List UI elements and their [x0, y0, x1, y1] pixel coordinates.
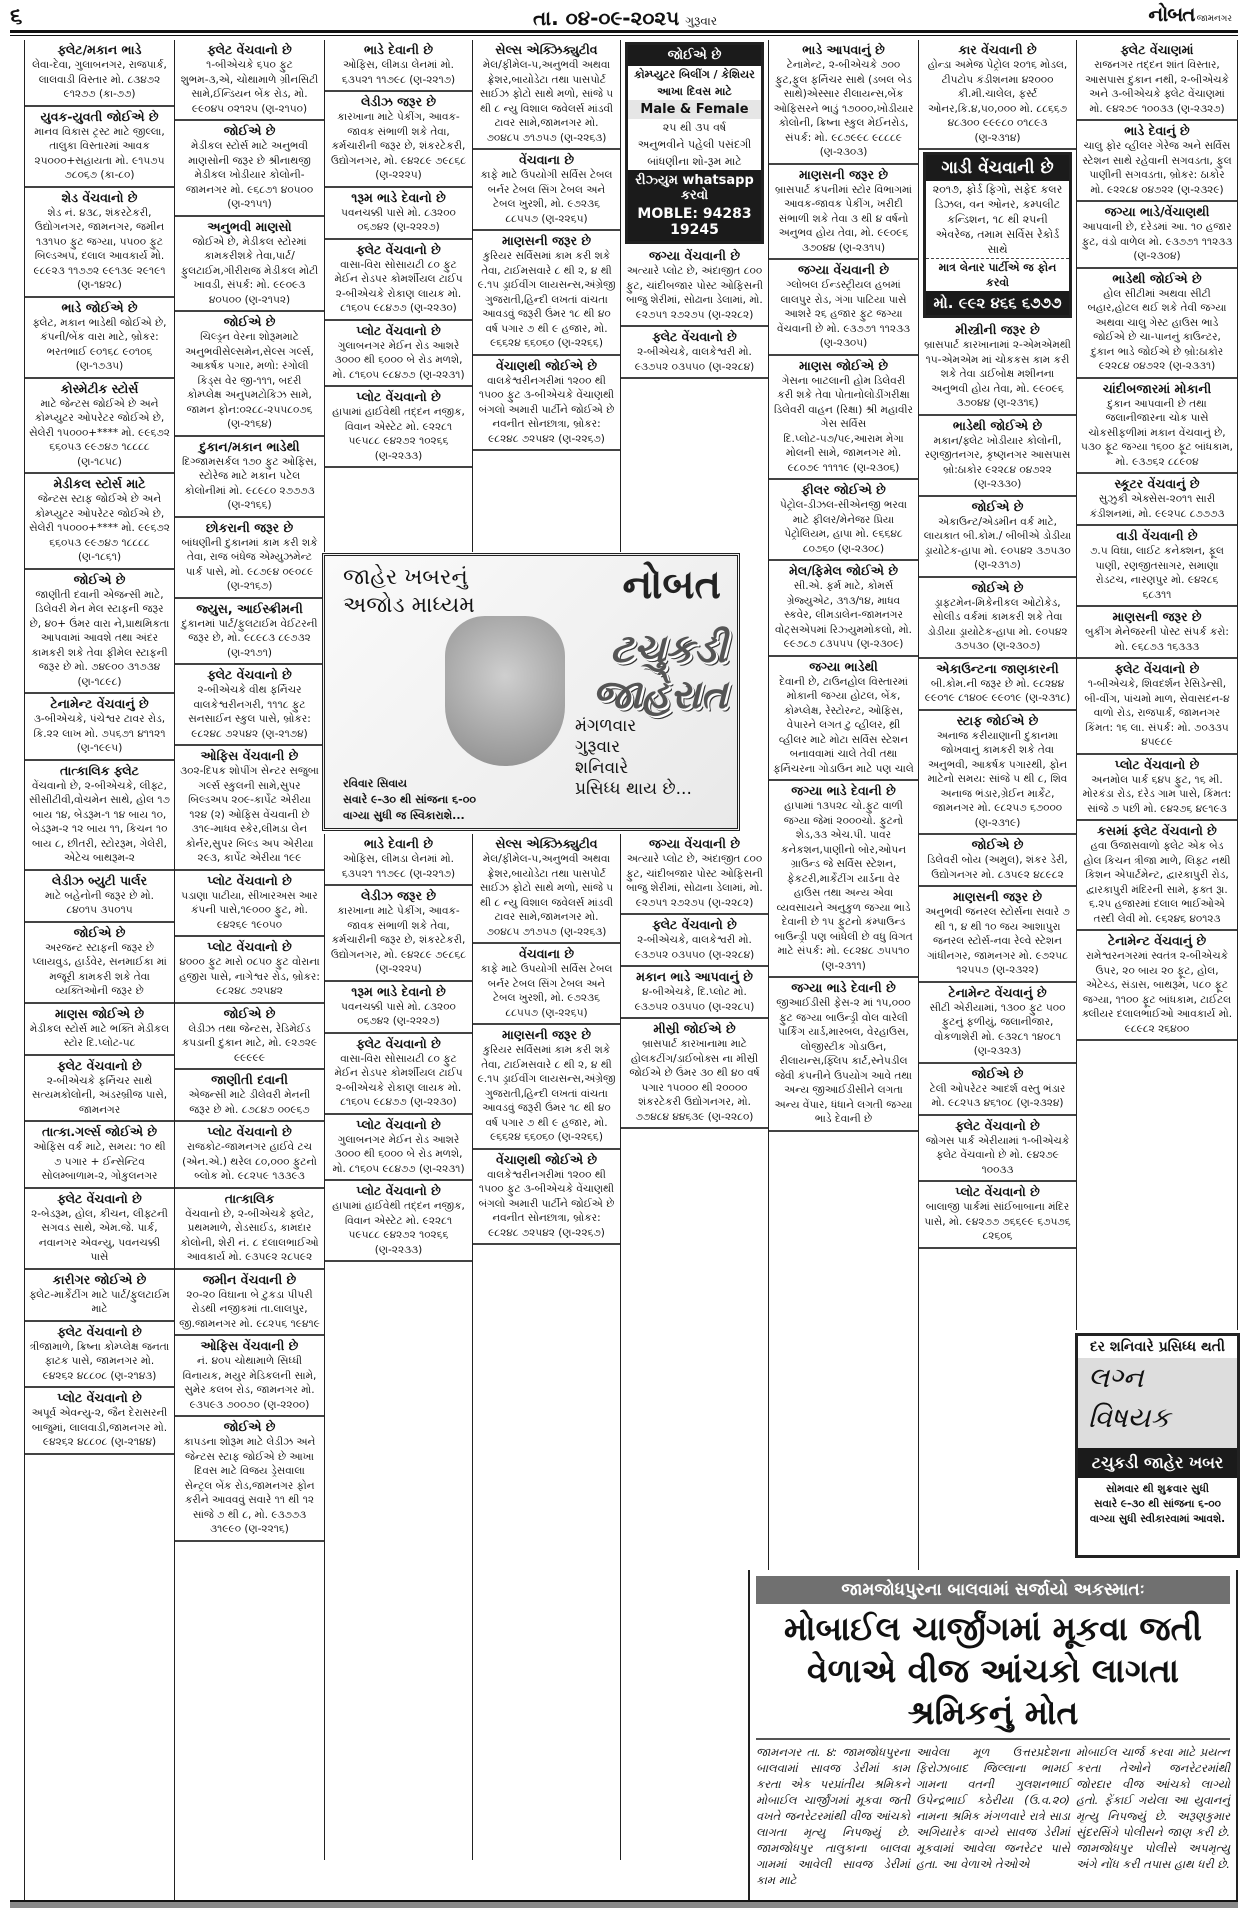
- classified-ad: માણસ જોઈએ છેગેસના બાટલાની હોમ ડિલેવરી કર…: [769, 356, 918, 481]
- ad-heading: ટેનામેન્ટ વેંચવાનું છે: [923, 985, 1072, 1001]
- thumbs-up-icon: [445, 616, 565, 766]
- promo-big-title: ટચુકડીજાહેરાત: [592, 626, 727, 718]
- ad-heading: ભાડે જોઈએ છે: [29, 300, 170, 316]
- news-article: જામજોધપુરના બાલવામાં સર્જાયો અકસ્માતઃ મો…: [748, 1570, 1238, 1902]
- promo-big1: ટચુકડી: [592, 626, 727, 672]
- ad-heading: શેડ વેંચવાનો છે: [29, 190, 170, 206]
- ad-body: ઓફિસ વર્ક માટે, સમય: ૧૦ થી ૭ પગાર + ઈન્સ…: [29, 1140, 170, 1184]
- promo-line2: અજોડ માધ્યમ: [343, 592, 475, 620]
- ad-body: ગુલાબનગર મેઈન રોડ આશરે ૩૦૦૦ થી ૬૦૦૦ બે ર…: [329, 339, 468, 383]
- ad-heading: જગ્યા વેંચવાની છે: [625, 836, 764, 852]
- ad-body: બાંધણીની દુકાનમાં કામ કરી શકે તેવા, રાજ …: [179, 536, 320, 594]
- classified-ad: જોઈએ છેએકાઉન્ટ/એડમીન વર્ક માટે, લાયકાત બ…: [919, 497, 1076, 578]
- ad-body: રામેશ્વરનગરમાં સ્વતંત્ર ૨-બીએચકે ઉપર, ૨૦…: [1081, 949, 1233, 1036]
- classified-ad: મીસ્ત્રીની જરૂર છેબ્રાસપાર્ટ કારખાનામાં …: [919, 320, 1076, 416]
- tachukdi-promo-ad: જાહેર ખબરનુંઅજોડ માધ્યમ નોબત ટચુકડીજાહેર…: [322, 553, 740, 831]
- ad-heading: જોઈએ છે: [179, 123, 320, 139]
- ad-body: બ્રાસપાર્ટ કારખાનામાં ૨-એમએમથી ૧૫-એમએમ મ…: [923, 338, 1072, 411]
- ad-body: હાપામાં હાઈવેથી તદ્દન નજીક, વિવાન એસ્ટેટ…: [329, 1199, 468, 1257]
- ad-heading: જોઈએ છે: [179, 1419, 320, 1435]
- ad-heading: મીસ્રી જોઈએ છે: [625, 1021, 764, 1037]
- classified-ad: ભાડે આપવાનું છેટેનામેન્ટ, ૨-બીએચકે ૭૦૦ ફ…: [769, 40, 918, 165]
- promo-day: મંગળવાર: [575, 716, 692, 737]
- ad-body: અનમોલ પાર્ક ૬૪૫ ફુટ, ૧૬ મી. મોરકંડા રોડ,…: [1081, 773, 1233, 817]
- classified-ad: જોઈએ છેઅરજન્ટ સ્ટાફની જરૂર છે પ્લાયવુડ, …: [25, 923, 174, 1004]
- classified-ad: પ્લોટ વેંચવાનો છેગુલાબનગર મેઈન રોડ આશરે …: [325, 321, 472, 388]
- ad-heading: ભાડે દેવાનું છે: [1081, 123, 1233, 139]
- classified-ad: મીસ્રી જોઈએ છેબ્રાસપાર્ટ કારખાનામા માટે …: [621, 1019, 768, 1129]
- classified-ad: ભાડેથી જોઈએ છેમકાન/ફ્લેટ ખોડીયાર કોલોની,…: [919, 416, 1076, 497]
- ad-body: ત્રીજામાળે, ક્રિષ્ના કોમ્પ્લેક્ષ જનતા ફા…: [29, 1340, 170, 1384]
- classified-ad: એકાઉન્ટના જાણકારનીબી.કોમ.ની જરૂર છે મો. …: [919, 659, 1076, 711]
- ad-body: ૨૦-૨૦ વિઘાના બે ટુકડા પીપરી રોડથી નજીકમા…: [179, 1288, 320, 1332]
- ad-heading: કસમાં ફ્લેટ વેંચવાનો છે: [1081, 823, 1233, 839]
- classified-ad: અનુભવી માણસોજોઈએ છે, મેડીકલ સ્ટોરમાં કામ…: [175, 217, 324, 313]
- classified-ad: ચાંદીબજારમાં મોકાનીદુકાન આપવાની છે તથા જ…: [1077, 379, 1237, 475]
- classified-ad: ફ્લેટ વેંચવાનો છે૨-બેડરૂમ, હોલ, કીચન, લી…: [25, 1189, 174, 1270]
- classified-ad: જોઈએ છેકાપડના શોરૂમ માટે લેડીઝ અને જેન્ટ…: [175, 1417, 324, 1542]
- ad-heading: ભાડેથી જોઈએ છે: [923, 418, 1072, 434]
- ad-heading: જોઈએ છે: [923, 1066, 1072, 1082]
- ad-heading: ફ્લેટ વેંચવાનો છે: [329, 1036, 468, 1052]
- ad-body: પેટ્રોલ-ડીઝલ-સીએનજી ભરવા માટે ફીલર/મેનેજ…: [773, 498, 914, 556]
- ad-heading: જોઈએ છે: [923, 499, 1072, 515]
- ad-heading: જોઈએ છે: [179, 314, 320, 330]
- classified-ad: માણસ જોઈએ છેમેડીકલ સ્ટોર્સ માટે ભક્તિ મે…: [25, 1004, 174, 1056]
- news-body-col3: મોબાઈલ ચાર્જ કરવા માટે પ્રયત્ન કરતા તેઓન…: [1076, 1744, 1230, 1888]
- classified-ad: ભાડે દેવાનું છેચાલુ ફોર વ્હીલર ગેરેજ અને…: [1077, 121, 1237, 202]
- classified-ad: ફ્લેટ વેંચવાનો છે૨-બીએચકે ફર્નિચર સાથે સ…: [25, 1056, 174, 1123]
- classified-ad: જગ્યા ભાડે/વેંચાણથીઆપવાની છે, દરેડમાં આ.…: [1077, 202, 1237, 269]
- news-kicker: જામજોધપુરના બાલવામાં સર્જાયો અકસ્માતઃ: [756, 1576, 1230, 1604]
- ad-body: અનુભવી જનરલ સ્ટોર્સના સવારે ૭ થી ૧, ૪ થી…: [923, 905, 1072, 978]
- boxed-ad-age: ૨૫ થી ૩૫ વર્ષ: [628, 119, 761, 136]
- ad-heading: તાત્કા.ગર્લ્સ જોઈએ છે: [29, 1124, 170, 1140]
- ad-heading: માણસની જરૂર છે: [477, 233, 616, 249]
- ad-heading: જગ્યા ભાડે દેવાની છે: [773, 783, 914, 799]
- classified-ad: ફ્લેટ વેંચવાનો છે૨-બીએચકે, વાલકેશ્વરી મો…: [621, 915, 768, 967]
- ad-heading: માણસની જરૂર છે: [773, 167, 914, 183]
- ad-body: ગુલાબનગર મેઈન રોડ આશરે ૩૦૦૦ થી ૬૦૦૦ બે ર…: [329, 1133, 468, 1177]
- classified-ad: તાત્કાલિકવેંચવાનો છે, ૨-બીએચકે ફ્લેટ, પ્…: [175, 1189, 324, 1270]
- ad-heading: જોઈએ છે: [29, 925, 170, 941]
- lagna-title1: લગ્ન: [1088, 1358, 1237, 1398]
- promo-note2: સવારે ૯-૩૦ થી સાંજના ૬-૦૦: [343, 792, 476, 808]
- classified-ad: ભાડે દેવાની છેઓફિસ, લીમડા લેનમાં મો. ૬૩૫…: [325, 40, 472, 92]
- classified-ad: પ્લોટ વેંચવાનો છેહાપામાં હાઈવેથી તદ્દન ન…: [325, 1181, 472, 1262]
- ad-heading: માણસની જરૂર છે: [477, 1027, 616, 1043]
- classified-ad: જોઈએ છેડ્રાફટમેન-મિકેનીકલ ઓટોકેડ, સોલીડ …: [919, 578, 1076, 659]
- classified-ad: ૧રૂમ ભાડે દેવાનો છેપવનચક્કી પાસે મો. ૮૩૨…: [325, 982, 472, 1034]
- ad-heading: તાત્કાલિક ફ્લેટ: [29, 763, 170, 779]
- ad-heading: અનુભવી માણસો: [179, 219, 320, 235]
- lagna-timing: સોમવાર થી શુક્રવાર સુધી સવારે ૯-૩૦ થી સા…: [1078, 1478, 1237, 1531]
- classified-ad: ઓફિસ વેંચવાની છે૩૦૨-દિપક શોપીંગ સેન્ટર સ…: [175, 746, 324, 871]
- car-ad-note: માત્ર લેનાર પાર્ટીએ જ ફોન કરવો: [926, 258, 1069, 291]
- ad-body: હાપામાં હાઈવેથી તદ્દન નજીક, વિવાન એસ્ટેટ…: [329, 405, 468, 463]
- ad-heading: માણસ જોઈએ છે: [29, 1006, 170, 1022]
- classified-ad: ભાડેથી જોઈએ છેહોલ સીટીમાં અથવા સીટી બહાર…: [1077, 269, 1237, 379]
- ad-body: હોલ સીટીમાં અથવા સીટી બહાર,હોટલ થઈ શકે ત…: [1081, 287, 1233, 374]
- ad-body: જોઈએ છે, મેડીકલ સ્ટોરમાં કામકરીશકે તેવા,…: [179, 235, 320, 308]
- ad-heading: માણસ જોઈએ છે: [773, 358, 914, 374]
- ad-body: અરજન્ટ સ્ટાફની જરૂર છે પ્લાયવુડ, હાર્ડવે…: [29, 941, 170, 999]
- ad-body: કુરિયર સર્વિસમાં કામ કરી શકે તેવા, ટાઈમસ…: [477, 249, 616, 351]
- classified-ad: જોઈએ છેમેડીકલ સ્ટોર્સ માટે અનુભવી માણસોન…: [175, 121, 324, 217]
- header-rule-thin: [10, 35, 1238, 36]
- promo-note1: રવિવાર સિવાય: [343, 776, 476, 792]
- ad-body: મેલ/ફીમેલ-૫,અનુભવી અથવા ફ્રેશર,બાયોડેટા …: [477, 58, 616, 145]
- ad-body: અનાજ કરીયાણાની દુકાનમા જોખવાનું કામકરી શ…: [923, 729, 1072, 831]
- classified-column-6: ભાડે આપવાનું છેટેનામેન્ટ, ૨-બીએચકે ૭૦૦ ફ…: [768, 40, 918, 1570]
- car-sale-ad: ગાડી વેંચવાની છે ૨૦૧૭, ફોર્ડ ફિગો, સફેદ …: [923, 152, 1072, 318]
- ad-heading: ફ્લેટ વેંચવાનો છે: [1081, 661, 1233, 677]
- classified-ad: માણસની જરૂર છેઅનુભવી જનરલ સ્ટોર્સના સવાર…: [919, 887, 1076, 983]
- classified-ad: પ્લોટ વેંચવાનો છેબાલાજી પાર્કમાં સાંઈબાબ…: [919, 1182, 1076, 1249]
- ad-body: વાસા-વિરા સોસાયટી ૮૦ ફુટ મેઈન રોડપર કોમર…: [329, 258, 468, 316]
- ad-body: માનવ વિકાસ ટ્રસ્ટ માટે જીલ્લા, તાલુકા વિ…: [29, 125, 170, 183]
- ad-heading: ફ્લેટ વેંચવાનો છે: [923, 1118, 1072, 1134]
- ad-body: મેલ/ફીમેલ-૫,અનુભવી અથવા ફ્રેશર,બાયોડેટા …: [477, 852, 616, 939]
- boxed-ad-cta: રીઝ્યુમ whatsapp કરવો: [628, 170, 761, 206]
- ad-body: બી.કોમ.ની જરૂર છે મો. ૯૮૨૪૪ ૯૯૦૧૯ ૮૧૪૦૯ …: [923, 677, 1072, 706]
- ad-body: પવનચક્કી પાસે મો. ૮૩૨૦૦ ૦૬૭૪૨ (ણ-૨૨૨૭): [329, 206, 468, 235]
- ad-heading: વાડી વેંચવાની છે: [1081, 528, 1233, 544]
- boxed-ad-shift: આખા દિવસ માટે: [628, 83, 761, 100]
- column-5-ads: જગ્યા વેંચવાની છેઅત્યારે પ્લોટ છે, અંદાજ…: [621, 246, 768, 379]
- ad-heading: ફ્લેટ વેંચવાનો છે: [625, 329, 764, 345]
- classified-ad: લેડીઝ જરૂર છેકારખાના માટે પેકીંગ, આવક-જા…: [325, 886, 472, 982]
- ad-body: ૨-બીએચકે, વાલકેશ્વરી મો. ૯૩૭૫૨ ૦૩૫૫૦ (ણ-…: [625, 345, 764, 374]
- ad-heading: ભાડે દેવાની છે: [329, 836, 468, 852]
- classified-ad: ફ્લેટ વેંચાણમાંરાજનગર તદ્દન શાંત વિસ્તાર…: [1077, 40, 1237, 121]
- classified-column-1: ફ્લેટ/મકાન ભાડેલેવા-દેવા, ગુલાબનગર, રાજપ…: [24, 40, 174, 1900]
- ad-heading: ફ્લેટ વેંચવાનો છે: [29, 1191, 170, 1207]
- ad-heading: પ્લોટ વેંચવાનો છે: [179, 939, 320, 955]
- ad-body: બ્રાસપાર્ટ કંપનીમાં સ્ટોર વિભાગમાં આવક-જ…: [773, 183, 914, 256]
- ad-heading: જમીન વેંચવાની છે: [179, 1272, 320, 1288]
- promo-brand-logo: નોબત: [623, 562, 721, 608]
- ad-heading: ફ્લેટ વેંચવાનો છે: [179, 667, 320, 683]
- classified-ad: ફ્લેટ વેંચવાનો છે૧-બીએચકે ૬૫૦ ફુટ શુભમ-૩…: [175, 40, 324, 121]
- news-body-col2: આવેલા મૂળ ઉત્તરપ્રદેશના ફિરોઝાબાદ જિલ્લા…: [916, 1744, 1070, 1888]
- boxed-ad-gender: Male & Female: [628, 100, 761, 119]
- ad-heading: જગ્યા ભાડેથી: [773, 659, 914, 675]
- ad-body: શેડ નં. ૪૩૮, શંકરટેકરી, ઉદ્યોગનગર, જામનગ…: [29, 206, 170, 293]
- classified-ad: વાડી વેંચવાની છે૭.૫ વિઘા, લાઈટ કનેક્શન, …: [1077, 526, 1237, 607]
- promo-tagline: જાહેર ખબરનુંઅજોડ માધ્યમ: [343, 564, 475, 620]
- ad-body: હવા ઉજાસવાળો ફ્લેટ એક બેડ હોલ કિચન ત્રીજ…: [1081, 839, 1233, 926]
- classified-ad: ફ્લેટ/મકાન ભાડેલેવા-દેવા, ગુલાબનગર, રાજપ…: [25, 40, 174, 107]
- ad-heading: કારીગર જોઈએ છે: [29, 1272, 170, 1288]
- classified-ad: ટેનામેન્ટ વેંચવાનું છેસીટી એરીયામાં, ૧૩૦…: [919, 983, 1076, 1064]
- ad-heading: જોઈએ છે: [29, 572, 170, 588]
- classified-ad: ફ્લેટ વેંચવાનો છે૨-બીએચકે વીથ ફર્નિચર વા…: [175, 665, 324, 746]
- ad-heading: છોકરાની જરૂર છે: [179, 520, 320, 536]
- ad-heading: તાત્કાલિક: [179, 1191, 320, 1207]
- boxed-ad-pref: અનુભવીને પહેલી પસંદગી: [628, 136, 761, 153]
- ad-body: આપવાની છે, દરેડમાં આ. ૧૦ હજાર ફુટ, વંડો …: [1081, 220, 1233, 264]
- lagna-bar: ટચુકડી જાહેર ખબર: [1078, 1448, 1237, 1478]
- ad-body: ડ્રાફટમેન-મિકેનીકલ ઓટોકેડ, સોલીડ વર્કમાં…: [923, 596, 1072, 654]
- ad-body: ચાલુ ફોર વ્હીલર ગેરેજ અને સર્વિસ સ્ટેશન …: [1081, 139, 1233, 197]
- ad-heading: ઓફિસ વેંચવાની છે: [179, 1338, 320, 1354]
- classified-ad: ફ્લેટ વેંચવાનો છે૨-બીએચકે, વાલકેશ્વરી મો…: [621, 327, 768, 379]
- ad-heading: જોઈએ છે: [923, 580, 1072, 596]
- classified-ad: સેલ્સ એક્ઝિક્યુટીવમેલ/ફીમેલ-૫,અનુભવી અથવ…: [473, 834, 620, 944]
- column-7-ads-bottom: મીસ્ત્રીની જરૂર છેબ્રાસપાર્ટ કારખાનામાં …: [919, 320, 1076, 1249]
- news-body-col1: જામનગર તા. ૪: જામજોધપુરના બાલવામાં સાવજ …: [756, 1744, 910, 1888]
- ad-body: ગેસના બાટલાની હોમ ડિલેવરી કરી શકે તેવા પ…: [773, 374, 914, 476]
- ad-heading: ચાંદીબજારમાં મોકાની: [1081, 381, 1233, 397]
- classified-ad: વેંચવાના છેકાફે માટે ઉપયોગી સર્વિસ ટેબલ …: [473, 944, 620, 1025]
- ad-heading: પ્લોટ વેંચવાનો છે: [1081, 757, 1233, 773]
- classified-ad: સ્કૂટર વેંચવાનું છેસુઝુકી એક્સેસ-૨૦૧૧ સા…: [1077, 474, 1237, 526]
- boxed-ad-phone: MOBLE: 94283 19245: [628, 206, 761, 241]
- ad-heading: વેંચવાના છે: [477, 152, 616, 168]
- classified-ad: ફીલર જોઈએ છેપેટ્રોલ-ડીઝલ-સીએનજી ભરવા માટ…: [769, 480, 918, 561]
- ad-heading: વેંચવાના છે: [477, 946, 616, 962]
- ad-heading: લેડીઝ બ્યુટી પાર્લર: [29, 873, 170, 889]
- ad-body: કાફે માટે ઉપયોગી સર્વિસ ટેબલ બર્નર ટેબલ …: [477, 962, 616, 1020]
- ad-body: ૭.૫ વિઘા, લાઈટ કનેક્શન, ફૂલ પાણી, રણજીતસ…: [1081, 544, 1233, 602]
- boxed-ad-role: કોમ્પ્યુટર બિલીંગ / કેશિયર: [628, 66, 761, 83]
- ad-heading: કોસ્મેટીક સ્ટોર્સ: [29, 381, 170, 397]
- classified-ad: પ્લોટ વેંચવાનો છે૪૦૦૦ ફુટ મારો ૦૮૫૦ ફુટ …: [175, 937, 324, 1004]
- ad-body: કારખાના માટે પેકીંગ, આવક-જાવક સંભાળી શકે…: [329, 110, 468, 183]
- classified-ad: જોઈએ છેટેલી ઓપરેટર આદર્શ વસ્તુ ભંડાર મો.…: [919, 1064, 1076, 1116]
- ad-body: ટેલી ઓપરેટર આદર્શ વસ્તુ ભંડાર મો. ૯૮૨૫૩ …: [923, 1082, 1072, 1111]
- lagna-line3: વાગ્યા સુધી સ્વીકારવામાં આવશે.: [1082, 1512, 1233, 1527]
- ad-body: મેડીકલ સ્ટોર્સ માટે અનુભવી માણસોની જરૂર …: [179, 139, 320, 212]
- ad-body: હોન્ડા અમેજ પેટ્રોલ ૨૦૧૬ મોડલ, ટીપટોપ કં…: [923, 58, 1072, 145]
- classified-ad: લેડીઝ બ્યુટી પાર્લરમાટે બહેનોની જરૂર છે …: [25, 871, 174, 923]
- classified-ad: ભાડે દેવાની છેઓફિસ, લીમડા લેનમાં મો. ૬૩૫…: [325, 834, 472, 886]
- ad-body: બ્રાસપાર્ટ કારખાનામા માટે હોલકટીંગ/ડાઈબો…: [625, 1037, 764, 1124]
- classified-ad: માણસની જરૂર છેબ્રાસપાર્ટ કંપનીમાં સ્ટોર …: [769, 165, 918, 261]
- car-ad-title: ગાડી વેંચવાની છે: [926, 155, 1069, 181]
- classified-ad: પ્લોટ વેંચવાનો છેરાજકોટ-જામનગર હાઈવે ટચ …: [175, 1122, 324, 1189]
- ad-heading: ભાડે દેવાની છે: [329, 42, 468, 58]
- ad-heading: ૧રૂમ ભાડે દેવાનો છે: [329, 190, 468, 206]
- classified-ad: યુવક-યુવતી જોઈએ છેમાનવ વિકાસ ટ્રસ્ટ માટે…: [25, 107, 174, 188]
- ad-heading: પ્લોટ વેંચવાનો છે: [179, 1124, 320, 1140]
- ad-heading: પ્લોટ વેંચવાનો છે: [923, 1184, 1072, 1200]
- classified-column-8: ફ્લેટ વેંચાણમાંરાજનગર તદ્દન શાંત વિસ્તાર…: [1076, 40, 1238, 1330]
- lagna-line2: સવારે ૯-૩૦ થી સાંજના ૬-૦૦: [1082, 1497, 1233, 1512]
- ad-body: અત્યારે પ્લોટ છે, અંદાજીત ૮૦૦ ફુટ, ચાંદી…: [625, 852, 764, 910]
- classified-ad: વેંચાણથી જોઈએ છેવાલકેશ્વરીનગરીમાં ૧૨૦૦ થ…: [473, 356, 620, 452]
- promo-days: મંગળવાર ગુરૂવાર શનિવારે પ્રસિધ્ધ થાય છે.…: [575, 716, 692, 800]
- weekday-text: ગુરૂવાર: [685, 14, 717, 28]
- column-7-ads-top: કાર વેંચવાની છેહોન્ડા અમેજ પેટ્રોલ ૨૦૧૬ …: [919, 40, 1076, 150]
- classified-ad: ૧રૂમ ભાડે દેવાનો છેપવનચક્કી પાસે મો. ૮૩૨…: [325, 188, 472, 240]
- classified-column-5-lower: જગ્યા વેંચવાની છેઅત્યારે પ્લોટ છે, અંદાજ…: [620, 834, 768, 1860]
- classified-ad: મેડીકલ સ્ટોર્સ માટેજેન્ટસ સ્ટાફ જોઈએ છે …: [25, 474, 174, 570]
- ad-body: પવનચક્કી પાસે મો. ૮૩૨૦૦ ૦૬૭૪૨ (ણ-૨૨૨૭): [329, 1000, 468, 1029]
- ad-heading: પ્લોટ વેંચવાનો છે: [179, 873, 320, 889]
- classified-ad: છોકરાની જરૂર છેબાંધણીની દુકાનમાં કામ કરી…: [175, 518, 324, 599]
- lagna-line1: સોમવાર થી શુક્રવાર સુધી: [1082, 1482, 1233, 1497]
- ad-body: જોગસ પાર્ક એરીયામાં ૧-બીએચકે ફ્લેટ વેંચવ…: [923, 1134, 1072, 1178]
- classified-ad: કોસ્મેટીક સ્ટોર્સમાટે જેન્ટસ જોઈએ છે અને…: [25, 379, 174, 475]
- promo-note3: વાગ્યા સુધી જ સ્વિકારાશે...: [343, 808, 476, 824]
- billing-cashier-ad: જોઈએ છે કોમ્પ્યુટર બિલીંગ / કેશિયર આખા દ…: [625, 42, 764, 244]
- ad-body: મકાન/ફ્લેટ ખોડીયાર કોલોની, રણજીતનગર, કૃષ…: [923, 434, 1072, 492]
- lagna-top: દર શનિવારે પ્રસિધ્ધ થતી: [1078, 1336, 1237, 1358]
- ad-body: ૪૦૦૦ ફુટ મારો ૦૮૫૦ ફુટ વોરાના હજીરા પાસે…: [179, 955, 320, 999]
- ad-heading: ભાડે આપવાનું છે: [773, 42, 914, 58]
- ad-body: ૧-બીએચકે ૬૫૦ ફુટ શુભમ-૩,એ, ચોથામાળે ગ્રી…: [179, 58, 320, 116]
- ad-heading: જોઈએ છે: [179, 1006, 320, 1022]
- ad-body: ટેનામેન્ટ, ૨-બીએચકે ૭૦૦ ફુટ,ફુલ ફર્નિચર …: [773, 58, 914, 160]
- ad-heading: જગ્યા ભાડે/વેંચાણથી: [1081, 204, 1233, 220]
- ad-heading: ફ્લેટ/મકાન ભાડે: [29, 42, 170, 58]
- ad-heading: સેલ્સ એક્ઝિક્યુટીવ: [477, 836, 616, 852]
- classified-ad: ફ્લેટ વેંચવાનો છે૧-બીએચકે, શિવદર્શન રેસિ…: [1077, 659, 1237, 755]
- ad-body: કુરિયર સર્વિસમાં કામ કરી શકે તેવા, ટાઈમસ…: [477, 1043, 616, 1145]
- ad-body: ૧-બીએચકે, શિવદર્શન રેસિડેન્સી, બી-વીંગ, …: [1081, 677, 1233, 750]
- ad-body: માટે જેન્ટસ જોઈએ છે અને કોમ્પ્યુટર ઓપરેટ…: [29, 397, 170, 470]
- ad-body: લેવા-દેવા, ગુલાબનગર, રાજપાર્ક, લાલવાડી વ…: [29, 58, 170, 102]
- ad-heading: પ્લોટ વેંચવાનો છે: [329, 389, 468, 405]
- footer-rule: [10, 1900, 1238, 1908]
- ad-body: કાફે માટે ઉપયોગી સર્વિસ ટેબલ બર્નર ટેબલ …: [477, 168, 616, 226]
- classified-ad: જગ્યા ભાડેથીદેવાની છે, ટાઉનહોલ વિસ્તારમા…: [769, 657, 918, 782]
- car-ad-phone: મો. ૯૯૨ ૪૬૬ ૬૭૭૭: [926, 291, 1069, 315]
- classified-ad: મકાન ભાડે આપવાનું છે૪-બીએચકે, દિ.પ્લોટ મ…: [621, 967, 768, 1019]
- ad-body: દિગ્જામસર્કલ ૧૭૦ ફુટ ઓફિસ, સ્ટોરેજ માટે …: [179, 455, 320, 513]
- ad-heading: જગ્યા ભાડે દેવાની છે: [773, 980, 914, 996]
- classified-ad: જોઈએ છેડિલેવરી બોય (અમુલ), શંકર ડેરી, ઉદ…: [919, 835, 1076, 887]
- ad-body: ૨-બીએચકે વીથ ફર્નિચર વાલકેશ્વરીનગરી, ૧૧૧…: [179, 683, 320, 741]
- promo-timing-note: રવિવાર સિવાય સવારે ૯-૩૦ થી સાંજના ૬-૦૦ વ…: [343, 776, 476, 824]
- ad-body: માટે બહેનોની જરૂર છે મો. ૮૪૦૧૫ ૩૫૦૧૫: [29, 889, 170, 918]
- classified-ad: તાત્કા.ગર્લ્સ જોઈએ છેઓફિસ વર્ક માટે, સમય…: [25, 1122, 174, 1189]
- ad-heading: વેંચાણથી જોઈએ છે: [477, 1152, 616, 1168]
- ad-body: સુઝુકી એક્સેસ-૨૦૧૧ સારી કંડીશનમાં, મો. ૯…: [1081, 492, 1233, 521]
- logo-text: નોબત: [1148, 2, 1194, 26]
- classified-column-3-lower: ભાડે દેવાની છેઓફિસ, લીમડા લેનમાં મો. ૬૩૫…: [324, 834, 472, 1860]
- classified-ad: લેડીઝ જરૂર છેકારખાના માટે પેકીંગ, આવક-જા…: [325, 92, 472, 188]
- ad-body: વેંચવાનો છે, ૨-બીએચકે ફ્લેટ, પ્રથમમાળે, …: [179, 1207, 320, 1265]
- classified-ad: પ્લોટ વેંચવાનો છેગુલાબનગર મેઈન રોડ આશરે …: [325, 1115, 472, 1182]
- ad-body: દેવાની છે, ટાઉનહોલ વિસ્તારમાં મોકાની જગ્…: [773, 675, 914, 777]
- classified-ad: વેંચાણથી જોઈએ છેવાલકેશ્વરીનગરીમાં ૧૨૦૦ થ…: [473, 1150, 620, 1246]
- classified-ad: જોઈએ છેજાણીતી દવાની એજન્સી માટે, ડિલેવરી…: [25, 570, 174, 695]
- header-rule: [10, 30, 1238, 33]
- ad-heading: ફ્લેટ વેંચવાનો છે: [29, 1324, 170, 1340]
- ad-heading: મેલ/ફિમેલ જોઈએ છે: [773, 563, 914, 579]
- classified-ad: પ્લોટ વેંચવાનો છેઅનમોલ પાર્ક ૬૪૫ ફુટ, ૧૬…: [1077, 755, 1237, 822]
- logo-city: જામનગર: [1197, 14, 1232, 24]
- ad-body: ૨-બીએચકે ફર્નિચર સાથે સત્યમકોલોની, અંડરબ…: [29, 1074, 170, 1118]
- ad-body: જીઆઈડીસી ફેસ-૨ માં ૧૫,૦૦૦ ફુટ જગ્યા બાઉન…: [773, 996, 914, 1127]
- ad-body: ૪-બીએચકે, દિ.પ્લોટ મો. ૯૩૭૫૨ ૦૩૫૫૦ (ણ-૨૨…: [625, 985, 764, 1014]
- classified-ad: સેલ્સ એક્ઝિક્યુટીવમેલ/ફીમેલ-૫,અનુભવી અથવ…: [473, 40, 620, 150]
- classified-column-4: સેલ્સ એક્ઝિક્યુટીવમેલ/ફીમેલ-૫,અનુભવી અથવ…: [472, 40, 620, 552]
- ad-heading: ફ્લેટ વેંચવાનો છે: [625, 917, 764, 933]
- classified-ad: ફ્લેટ વેંચવાનો છેવાસા-વિરા સોસાયટી ૮૦ ફુ…: [325, 240, 472, 321]
- ad-body: સી.એ. ફર્મ માટે, કોમર્સ ગ્રેજ્યુએટ, ૩૧૩/…: [773, 579, 914, 652]
- ad-body: જેન્ટસ સ્ટાફ જોઈએ છે અને કોમ્પ્યુટર ઓપરે…: [29, 492, 170, 565]
- boxed-ad-place: બાંધણીના શો-રૂમ માટે: [628, 153, 761, 170]
- ad-body: વેંચવાનો છે, ૨-બીએચકે, લીફ્ટ, સીસીટીવી,વ…: [29, 779, 170, 866]
- ad-heading: પ્લોટ વેંચવાનો છે: [329, 1183, 468, 1199]
- ad-heading: ભાડેથી જોઈએ છે: [1081, 271, 1233, 287]
- classified-column-5: જોઈએ છે કોમ્પ્યુટર બિલીંગ / કેશિયર આખા દ…: [620, 40, 768, 552]
- classified-ad: શેડ વેંચવાનો છેશેડ નં. ૪૩૮, શંકરટેકરી, ઉ…: [25, 188, 174, 298]
- ad-heading: મકાન ભાડે આપવાનું છે: [625, 969, 764, 985]
- classified-column-4-lower: સેલ્સ એક્ઝિક્યુટીવમેલ/ફીમેલ-૫,અનુભવી અથવ…: [472, 834, 620, 1860]
- ad-heading: ફીલર જોઈએ છે: [773, 482, 914, 498]
- ad-body: રાજકોટ-જામનગર હાઈવે ટચ (એન.એ.) થરેલ ૮૦,૦…: [179, 1140, 320, 1184]
- classified-ad: જગ્યા ભાડે દેવાની છેજીઆઈડીસી ફેસ-૨ માં ૧…: [769, 978, 918, 1132]
- promo-day: ગુરૂવાર: [575, 737, 692, 758]
- ad-body: અપૂર્વ એવન્યુ-૨, જૈન દેરાસરની બાજુમાં, લ…: [29, 1406, 170, 1450]
- classified-ad: જગ્યા ભાડે દેવાની છેહાપામાં ૧૩૫૨૮ ચો.ફુટ…: [769, 781, 918, 978]
- classified-ad: માણસની જરૂર છેકુરિયર સર્વિસમાં કામ કરી શ…: [473, 1025, 620, 1150]
- ad-heading: મેડીકલ સ્ટોર્સ માટે: [29, 476, 170, 492]
- classified-ad: જગ્યા વેંચવાની છેગ્લોબલ ઈન્ડસ્ટ્રીયલ હબમ…: [769, 260, 918, 356]
- ad-body: હાપામાં ૧૩૫૨૮ ચો.ફુટ વાળી જગ્યા જેમાં ૨૦…: [773, 799, 914, 973]
- ad-body: વાલકેશ્વરીનગરીમાં ૧૨૦૦ થી ૧૫૦૦ ફુટ ૩-બીએ…: [477, 1168, 616, 1241]
- ad-body: વાસા-વિરા સોસાયટી ૮૦ ફુટ મેઈન રોડપર કોમર…: [329, 1052, 468, 1110]
- ad-body: ગ્લોબલ ઈન્ડસ્ટ્રીયલ હબમાં લાલપુર રોડ, ગં…: [773, 278, 914, 351]
- date-text: તા. ૦૪-૦૯-૨૦૨૫: [533, 6, 679, 30]
- ad-heading: પ્લોટ વેંચવાનો છે: [329, 323, 468, 339]
- ad-heading: લેડીઝ જરૂર છે: [329, 94, 468, 110]
- classified-ad: પ્લોટ વેંચવાનો છેહાપામાં હાઈવેથી તદ્દન ન…: [325, 387, 472, 468]
- newspaper-logo: નોબતજામનગર: [1148, 2, 1232, 26]
- ad-body: ૨-બીએચકે, વાલકેશ્વરી મો. ૯૩૭૫૨ ૦૩૫૫૦ (ણ-…: [625, 933, 764, 962]
- ad-body: અત્યારે પ્લોટ છે, અંદાજીત ૮૦૦ ફુટ, ચાંદી…: [625, 264, 764, 322]
- ad-body: ફ્લેટ, મકાન ભાડેથી જોઈએ છે, કંપની/બેંક વ…: [29, 316, 170, 374]
- ad-body: ૩૦૨-દિપક શોપીંગ સેન્ટર સજુબા ગર્લ્સ સ્કુ…: [179, 764, 320, 866]
- ad-heading: એકાઉન્ટના જાણકારની: [923, 661, 1072, 677]
- classified-ad: જગ્યા વેંચવાની છેઅત્યારે પ્લોટ છે, અંદાજ…: [621, 834, 768, 915]
- classified-ad: ફ્લેટ વેંચવાનો છેત્રીજામાળે, ક્રિષ્ના કો…: [25, 1322, 174, 1389]
- issue-date: તા. ૦૪-૦૯-૨૦૨૫ગુરૂવાર: [0, 6, 1250, 30]
- ad-body: ફ્લેટ-માર્કેટીંગ માટે પાર્ટ/ફુલટાઈમ માટે: [29, 1288, 170, 1317]
- classified-ad: જ્યુસ, આઈસ્ક્રીમનીદુકાનમાં પાર્ટ/ફુલટાઈમ…: [175, 599, 324, 666]
- ad-body: જાણીતી દવાની એજન્સી માટે, ડિલેવરી મેન મે…: [29, 588, 170, 690]
- news-headline: મોબાઈલ ચાર્જીંગમાં મૂકવા જતી વેળાએ વીજ આ…: [756, 1604, 1230, 1740]
- classified-ad: જમીન વેંચવાની છે૨૦-૨૦ વિઘાના બે ટુકડા પી…: [175, 1270, 324, 1337]
- classified-ad: કસમાં ફ્લેટ વેંચવાનો છેહવા ઉજાસવાળો ફ્લે…: [1077, 821, 1237, 931]
- classified-column-7: કાર વેંચવાની છેહોન્ડા અમેજ પેટ્રોલ ૨૦૧૬ …: [918, 40, 1076, 1570]
- ad-body: ૨-બેડરૂમ, હોલ, કીચન, લીફ્ટની સગવડ સાથે, …: [29, 1207, 170, 1265]
- ad-heading: સ્ટાફ જોઈએ છે: [923, 713, 1072, 729]
- classified-ad: તાત્કાલિક ફ્લેટવેંચવાનો છે, ૨-બીએચકે, લી…: [25, 761, 174, 871]
- ad-body: કારખાના માટે પેકીંગ, આવક-જાવક સંભાળી શકે…: [329, 904, 468, 977]
- ad-heading: મીસ્ત્રીની જરૂર છે: [923, 322, 1072, 338]
- ad-body: સીટી એરીયામાં, ૧૩૦૦ ફુટ ૫૦૦ ફુટનું ફળીયુ…: [923, 1001, 1072, 1059]
- ad-body: મેડીકલ સ્ટોર્સ માટે ભક્તિ મેડીકલ સ્ટોર દ…: [29, 1022, 170, 1051]
- classified-ad: જોઈએ છેચિલ્ડ્રન વેરના શોરૂમમાટે અનુભવીસે…: [175, 312, 324, 437]
- promo-big2: જાહેરાત: [592, 672, 727, 718]
- ad-body: કાપડના શોરૂમ માટે લેડીઝ અને જેન્ટસ સ્ટાફ…: [179, 1435, 320, 1537]
- ad-heading: ફ્લેટ વેંચાણમાં: [1081, 42, 1233, 58]
- classified-ad: ફ્લેટ વેંચવાનો છેવાસા-વિરા સોસાયટી ૮૦ ફુ…: [325, 1034, 472, 1115]
- ad-body: ચિલ્ડ્રન વેરના શોરૂમમાટે અનુભવીસેલ્સમેન,…: [179, 330, 320, 432]
- news-body: જામનગર તા. ૪: જામજોધપુરના બાલવામાં સાવજ …: [750, 1740, 1236, 1892]
- classified-ad: કારીગર જોઈએ છેફ્લેટ-માર્કેટીંગ માટે પાર્…: [25, 1270, 174, 1322]
- ad-heading: પ્લોટ વેંચવાનો છે: [29, 1390, 170, 1406]
- ad-body: ૩-બીએચકે, પંચેશ્વર ટાવર રોડ, કિ.૨૨ લાખ મ…: [29, 712, 170, 756]
- ad-heading: દુકાન/મકાન ભાડેથી: [179, 439, 320, 455]
- marriage-classified-ad: દર શનિવારે પ્રસિધ્ધ થતી લગ્નવિષયક ટચુકડી…: [1075, 1333, 1240, 1558]
